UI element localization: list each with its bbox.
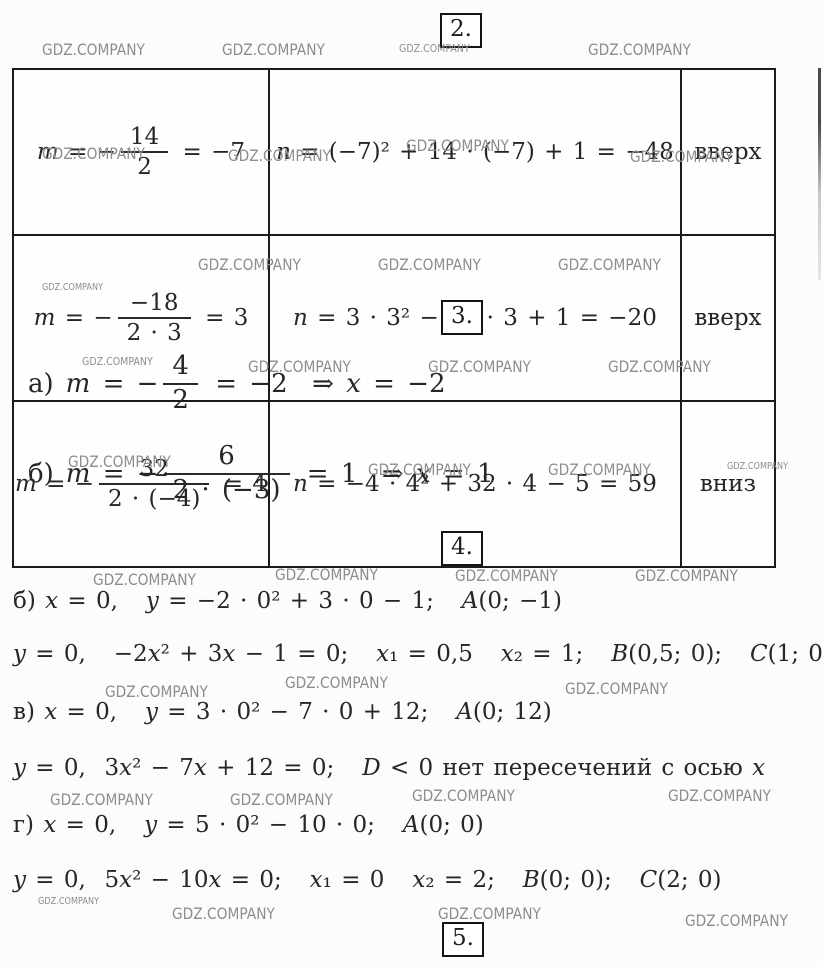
watermark: GDZ.COMPANY — [105, 682, 208, 701]
watermark: GDZ.COMPANY — [285, 673, 388, 692]
watermark: GDZ.COMPANY — [685, 911, 788, 930]
watermark: GDZ.COMPANY — [228, 146, 331, 165]
fraction: 6 2 · (−3) — [164, 441, 290, 506]
watermark: GDZ.COMPANY — [38, 896, 99, 907]
watermark: GDZ.COMPANY — [82, 355, 153, 368]
watermark: GDZ.COMPANY — [42, 144, 145, 163]
watermark: GDZ.COMPANY — [368, 460, 471, 479]
watermark: GDZ.COMPANY — [42, 40, 145, 59]
watermark: GDZ.COMPANY — [548, 460, 651, 479]
watermark: GDZ.COMPANY — [635, 566, 738, 585]
watermark: GDZ.COMPANY — [412, 786, 515, 805]
problem-number-3: 3. — [441, 300, 483, 335]
formula-line-4b-roots: y = 0, −2x² + 3x − 1 = 0; x₁ = 0,5 x₂ = … — [13, 641, 823, 667]
watermark: GDZ.COMPANY — [438, 904, 541, 923]
watermark: GDZ.COMPANY — [42, 282, 103, 293]
m-result: = 3 — [196, 305, 249, 331]
fraction-numerator: −18 — [118, 289, 191, 319]
item-label: а) — [28, 369, 54, 399]
page: 2. m = − 14 2 = −7 n = (−7)² + 14 · (−7)… — [0, 0, 823, 967]
watermark: GDZ.COMPANY — [248, 357, 351, 376]
formula-line-4v-roots: y = 0, 3x² − 7x + 12 = 0; D < 0 нет пере… — [13, 755, 765, 781]
watermark: GDZ.COMPANY — [378, 255, 481, 274]
m-prefix: m = − — [66, 369, 159, 399]
watermark: GDZ.COMPANY — [406, 136, 509, 155]
watermark: GDZ.COMPANY — [455, 566, 558, 585]
fraction-numerator: 4 — [163, 351, 198, 385]
item-label: б) — [28, 459, 54, 489]
watermark: GDZ.COMPANY — [727, 461, 788, 472]
watermark: GDZ.COMPANY — [608, 357, 711, 376]
scan-edge-line — [818, 68, 821, 280]
fraction-denominator: 2 · (−3) — [164, 475, 290, 507]
formula-line-4g-point: г) x = 0, y = 5 · 0² − 10 · 0; A(0; 0) — [13, 812, 484, 838]
fraction-denominator: 2 · 3 — [118, 319, 191, 347]
watermark: GDZ.COMPANY — [93, 570, 196, 589]
watermark: GDZ.COMPANY — [630, 147, 733, 166]
watermark: GDZ.COMPANY — [230, 790, 333, 809]
fraction: 4 2 — [163, 351, 198, 416]
watermark: GDZ.COMPANY — [275, 565, 378, 584]
formula-line-4g-roots: y = 0, 5x² − 10x = 0; x₁ = 0 x₂ = 2; B(0… — [13, 867, 722, 893]
watermark: GDZ.COMPANY — [588, 40, 691, 59]
watermark: GDZ.COMPANY — [68, 452, 171, 471]
problem-number-4: 4. — [441, 531, 483, 566]
watermark: GDZ.COMPANY — [50, 790, 153, 809]
fraction-numerator: 6 — [164, 441, 290, 475]
fraction-denominator: 2 — [163, 385, 198, 417]
watermark: GDZ.COMPANY — [172, 904, 275, 923]
watermark: GDZ.COMPANY — [222, 40, 325, 59]
fraction: −18 2 · 3 — [118, 289, 191, 347]
formula-line-4v-point: в) x = 0, y = 3 · 0² − 7 · 0 + 12; A(0; … — [13, 699, 552, 725]
formula-line-4b-point: б) x = 0, y = −2 · 0² + 3 · 0 − 1; A(0; … — [13, 588, 562, 614]
watermark: GDZ.COMPANY — [565, 679, 668, 698]
direction-cell: вверх — [681, 235, 775, 401]
watermark: GDZ.COMPANY — [399, 42, 470, 55]
watermark: GDZ.COMPANY — [428, 357, 531, 376]
m-prefix: m = − — [34, 305, 113, 331]
watermark: GDZ.COMPANY — [198, 255, 301, 274]
watermark: GDZ.COMPANY — [558, 255, 661, 274]
watermark: GDZ.COMPANY — [668, 786, 771, 805]
direction-cell: вниз — [681, 401, 775, 567]
problem-number-5: 5. — [442, 922, 484, 957]
m-formula: m = − −18 2 · 3 = 3 — [15, 289, 267, 347]
